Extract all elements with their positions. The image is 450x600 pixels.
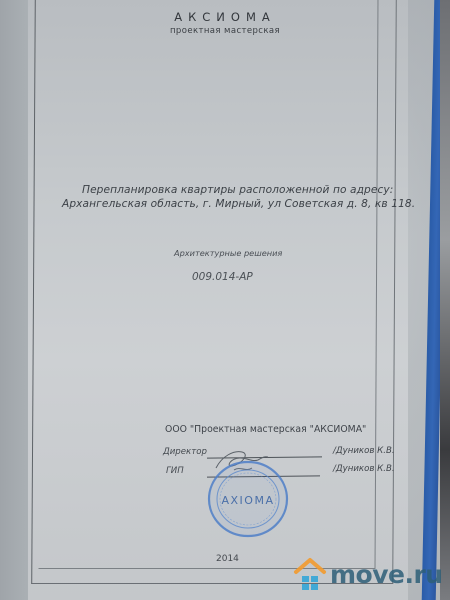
title-line-1: Перепланировка квартиры расположенной по… <box>82 184 393 196</box>
section-name: Архитектурные решения <box>174 248 282 258</box>
binder-edge <box>440 0 450 600</box>
company-subtitle: проектная мастерская <box>150 26 300 36</box>
chief-engineer-name: /Дуников К.В. <box>333 464 395 474</box>
chief-engineer-label: ГИП <box>166 466 184 476</box>
watermark-text: move.ru <box>330 560 443 589</box>
company-brand: АКСИОМА <box>150 10 300 24</box>
company-stamp-icon: AXIOMA <box>207 460 289 538</box>
document-code: 009.014-АР <box>192 271 253 283</box>
organization-name: ООО "Проектная мастерская "АКСИОМА" <box>165 424 366 435</box>
document-year: 2014 <box>216 554 239 564</box>
director-name: /Дуников К.В. <box>333 446 395 456</box>
previous-page-edge <box>0 0 28 600</box>
title-line-2: Архангельская область, г. Мирный, ул Сов… <box>62 198 415 210</box>
svg-text:AXIOMA: AXIOMA <box>222 494 275 507</box>
director-label: Директор <box>163 447 207 457</box>
